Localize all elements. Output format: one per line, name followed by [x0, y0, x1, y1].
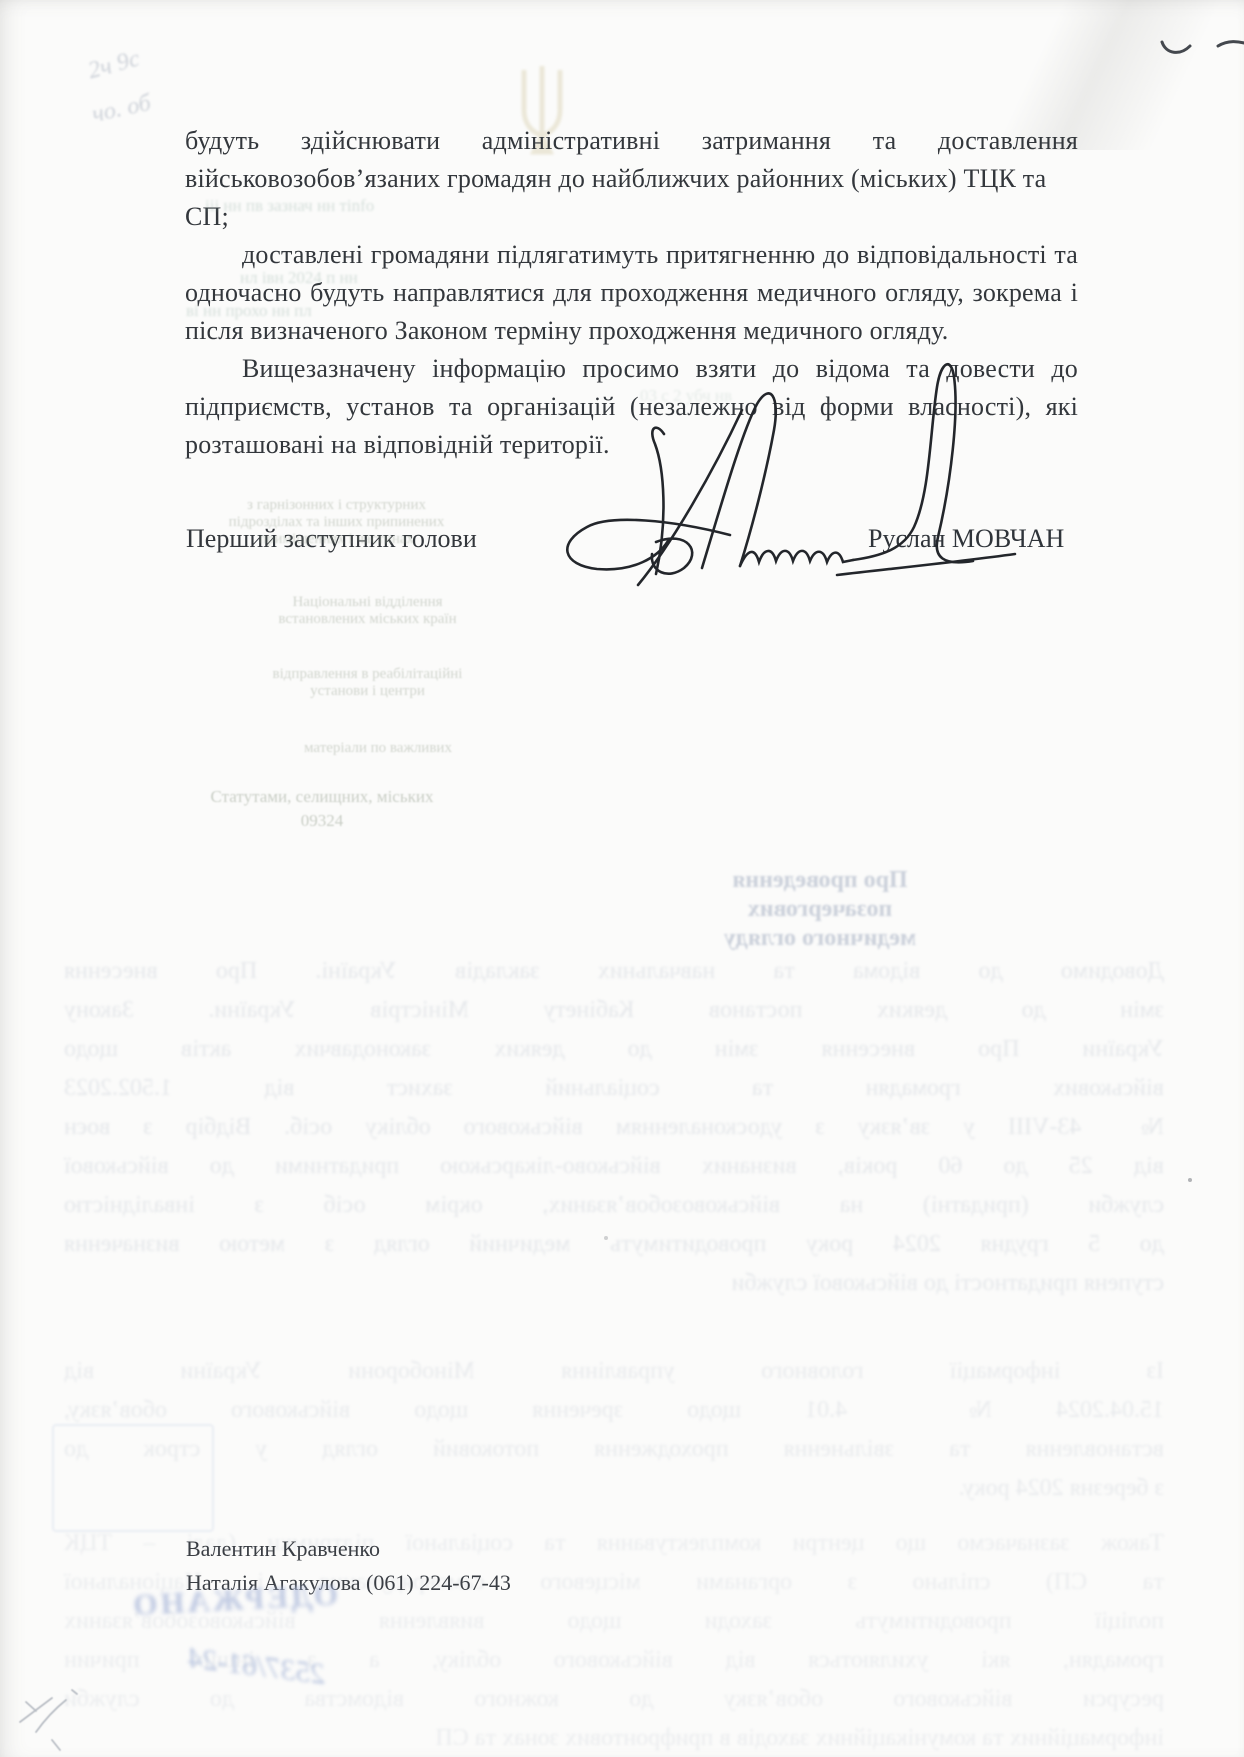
ghost-line: № 43-VIII у зв’язку з удосконаленням вій…	[64, 1108, 1164, 1147]
ghost-line: змін до деяких постанов Кабінету Міністр…	[64, 991, 1164, 1030]
ghost-text-block: Статутами, селищних, міських09324	[157, 785, 487, 833]
bleed-strip: ііі нн пв зазнач нн тinfo	[205, 196, 625, 216]
ghost-heading-line: Про проведення позачергових	[690, 866, 950, 924]
ghost-line: ступеня придатності до військової служби	[64, 1264, 1164, 1303]
ghost-line: приміщеннях і частинах	[228, 531, 445, 548]
ghost-line: військових громадян та соціальний захист…	[64, 1069, 1164, 1108]
ghost-line: з гарнізонних і структурних	[228, 497, 445, 514]
stamp-box-ghost	[52, 1424, 214, 1532]
ghost-line: від 25 до 60 років, визнаних військово-л…	[64, 1147, 1164, 1186]
ghost-line: до 5 грудня 2024 року проводитимуть меди…	[64, 1225, 1164, 1264]
ghost-text-block: з гарнізонних і структурнихпідрозділах т…	[228, 497, 445, 548]
ghost-line: установи і центри	[245, 683, 490, 700]
scan-speckle	[1188, 1178, 1192, 1182]
ghost-line: служби (придатні) на військовозобов’язан…	[64, 1186, 1164, 1225]
pencil-note: 2ч 9с	[85, 46, 142, 86]
ghost-line: України Про внесення змін до деяких зако…	[64, 1030, 1164, 1069]
ghost-heading-line: медичного огляду	[690, 924, 950, 953]
contact-executor: Валентин Кравченко	[186, 1536, 380, 1562]
ghost-line: встановлення та звільнення проходження п…	[64, 1430, 1164, 1469]
ghost-text-block: Національні відділеннявстановлених міськ…	[250, 594, 485, 628]
scanned-letter-page: 2ч 9с чо. об будуть здійснювати адмініст…	[0, 0, 1244, 1757]
ghost-line: відправлення в реабілітаційні	[245, 666, 490, 683]
ghost-paragraph: Із інформації головного управління Міноб…	[64, 1352, 1164, 1508]
ghost-line: Національні відділення	[250, 594, 485, 611]
bleed-strip: ві нн прохо нн пл	[186, 301, 706, 321]
signature-flourish-icon	[552, 352, 1032, 588]
ghost-line: Доводимо до відома та навчальних закладі…	[64, 952, 1164, 991]
pencil-scribble-icon	[12, 1660, 212, 1755]
ghost-line: Статутами, селищних, міських	[157, 785, 487, 809]
ghost-line: інформаційних та комунікаційних заходів …	[64, 1719, 1164, 1757]
pencil-note: чо. об	[90, 90, 154, 129]
ghost-text-block: відправлення в реабілітаційніустанови і …	[245, 666, 490, 700]
ghost-line: підрозділах та інших припинених	[228, 514, 445, 531]
ghost-line: 09324	[157, 809, 487, 833]
pen-mark-icon	[1156, 28, 1244, 64]
ghost-paragraph: Доводимо до відома та навчальних закладі…	[64, 952, 1164, 1303]
ghost-line: Із інформації головного управління Міноб…	[64, 1352, 1164, 1391]
body-text-line: будуть здійснювати адміністративні затри…	[185, 122, 1078, 160]
scan-speckle	[604, 1236, 608, 1240]
ghost-line: 15.04.2024 № 4.01 щодо зречення щодо вій…	[64, 1391, 1164, 1430]
ghost-text-block: матеріали по важливих	[268, 740, 488, 757]
ghost-line: встановлених міських країн	[250, 611, 485, 628]
ghost-heading: Про проведення позачерговихмедичного огл…	[690, 866, 950, 953]
ghost-line: з березня 2024 року.	[64, 1469, 1164, 1508]
bleed-strip: нл івн 2024 п нн	[240, 268, 560, 288]
ghost-line: ресурси військового обов’язку до кожного…	[64, 1680, 1164, 1719]
ghost-line: матеріали по важливих	[268, 740, 488, 757]
